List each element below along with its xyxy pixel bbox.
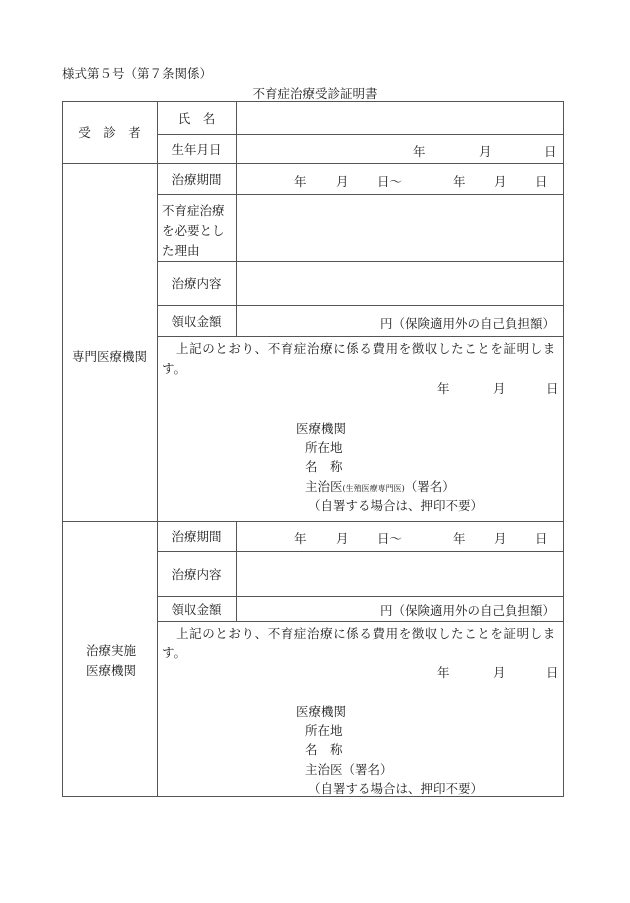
treating-doctor-label: 主治医（署名） bbox=[305, 760, 393, 778]
specialist-address-label: 所在地 bbox=[305, 438, 343, 456]
treating-institution-label: 医療機関 bbox=[296, 702, 346, 720]
specialist-content-label: 治療内容 bbox=[157, 261, 236, 305]
treating-date-month: 月 bbox=[493, 663, 506, 681]
specialist-cert-line1: 上記のとおり、不育症治療に係る費用を徴収したことを証明しま bbox=[176, 339, 556, 357]
doctor-label: 主治医 bbox=[305, 479, 343, 494]
specialist-signature-note: （自署する場合は、押印不要） bbox=[308, 496, 483, 514]
period-start-year: 年 bbox=[294, 172, 307, 190]
reason-field[interactable] bbox=[237, 195, 563, 261]
doctor-note: (生殖医療専門医) bbox=[343, 484, 405, 493]
specialist-period-field[interactable]: 年 月 日～ 年 月 日 bbox=[237, 164, 563, 194]
treating-signature-note: （自署する場合は、押印不要） bbox=[308, 779, 483, 797]
period-end-year: 年 bbox=[453, 529, 466, 547]
treating-date-year: 年 bbox=[437, 663, 450, 681]
dob-field[interactable]: 年 月 日 bbox=[237, 135, 563, 163]
period-start-year: 年 bbox=[294, 529, 307, 547]
specialist-content-field[interactable] bbox=[237, 262, 563, 305]
treating-label-line2: 医療機関 bbox=[86, 661, 136, 681]
document-title: 不育症治療受診証明書 bbox=[0, 84, 630, 102]
specialist-doctor-line: 主治医(生殖医療専門医)（署名） bbox=[305, 477, 455, 495]
treating-amount-label: 領収金額 bbox=[157, 596, 236, 621]
treating-period-label: 治療期間 bbox=[157, 521, 236, 551]
period-start-month: 月 bbox=[336, 172, 349, 190]
period-end-month: 月 bbox=[494, 172, 507, 190]
reason-label-line3: た理由 bbox=[162, 241, 225, 261]
treating-content-field[interactable] bbox=[237, 552, 563, 596]
treating-date-day: 日 bbox=[546, 663, 559, 681]
reason-label-line2: を必要とし bbox=[162, 221, 225, 241]
treating-label-line1: 治療実施 bbox=[86, 641, 136, 661]
specialist-institution-label: 医療機関 bbox=[296, 419, 346, 437]
patient-section-label: 受 診 者 bbox=[62, 101, 157, 163]
treating-amount-field[interactable]: 円（保険適用外の自己負担額） bbox=[237, 597, 563, 621]
reason-label-line1: 不育症治療 bbox=[162, 201, 225, 221]
reason-label: 不育症治療 を必要とし た理由 bbox=[162, 201, 225, 261]
treating-cert-line2: す。 bbox=[162, 643, 186, 661]
specialist-name-label: 名 称 bbox=[305, 457, 343, 475]
dob-label: 生年月日 bbox=[157, 134, 236, 163]
name-field[interactable] bbox=[237, 102, 563, 134]
specialist-date-month: 月 bbox=[493, 379, 506, 397]
dob-month: 月 bbox=[479, 142, 492, 160]
treating-address-label: 所在地 bbox=[305, 721, 343, 739]
dob-year: 年 bbox=[413, 142, 426, 160]
specialist-date-day: 日 bbox=[546, 379, 559, 397]
amount-suffix: 円（保険適用外の自己負担額） bbox=[380, 601, 555, 619]
specialist-amount-label: 領収金額 bbox=[157, 305, 236, 336]
period-end-day: 日 bbox=[535, 172, 548, 190]
period-start-month: 月 bbox=[336, 529, 349, 547]
period-end-month: 月 bbox=[494, 529, 507, 547]
specialist-cert-line2: す。 bbox=[162, 359, 186, 377]
specialist-section-label: 専門医療機関 bbox=[72, 347, 147, 365]
signature-label: （署名） bbox=[405, 479, 455, 494]
treating-content-label: 治療内容 bbox=[157, 551, 236, 596]
name-label: 氏 名 bbox=[157, 101, 236, 134]
period-start-day: 日～ bbox=[377, 172, 402, 190]
amount-suffix: 円（保険適用外の自己負担額） bbox=[380, 314, 555, 332]
form-number: 様式第５号（第７条関係） bbox=[62, 64, 212, 82]
specialist-date-year: 年 bbox=[437, 379, 450, 397]
period-start-day: 日～ bbox=[377, 529, 402, 547]
period-end-year: 年 bbox=[453, 172, 466, 190]
treating-cert-line1: 上記のとおり、不育症治療に係る費用を徴収したことを証明しま bbox=[176, 624, 556, 642]
treating-period-field[interactable]: 年 月 日～ 年 月 日 bbox=[237, 522, 563, 551]
treating-section-label: 治療実施 医療機関 bbox=[86, 641, 136, 681]
dob-day: 日 bbox=[544, 142, 557, 160]
treating-name-label: 名 称 bbox=[305, 740, 343, 758]
specialist-amount-field[interactable]: 円（保険適用外の自己負担額） bbox=[237, 306, 563, 336]
specialist-period-label: 治療期間 bbox=[157, 163, 236, 194]
period-end-day: 日 bbox=[535, 529, 548, 547]
